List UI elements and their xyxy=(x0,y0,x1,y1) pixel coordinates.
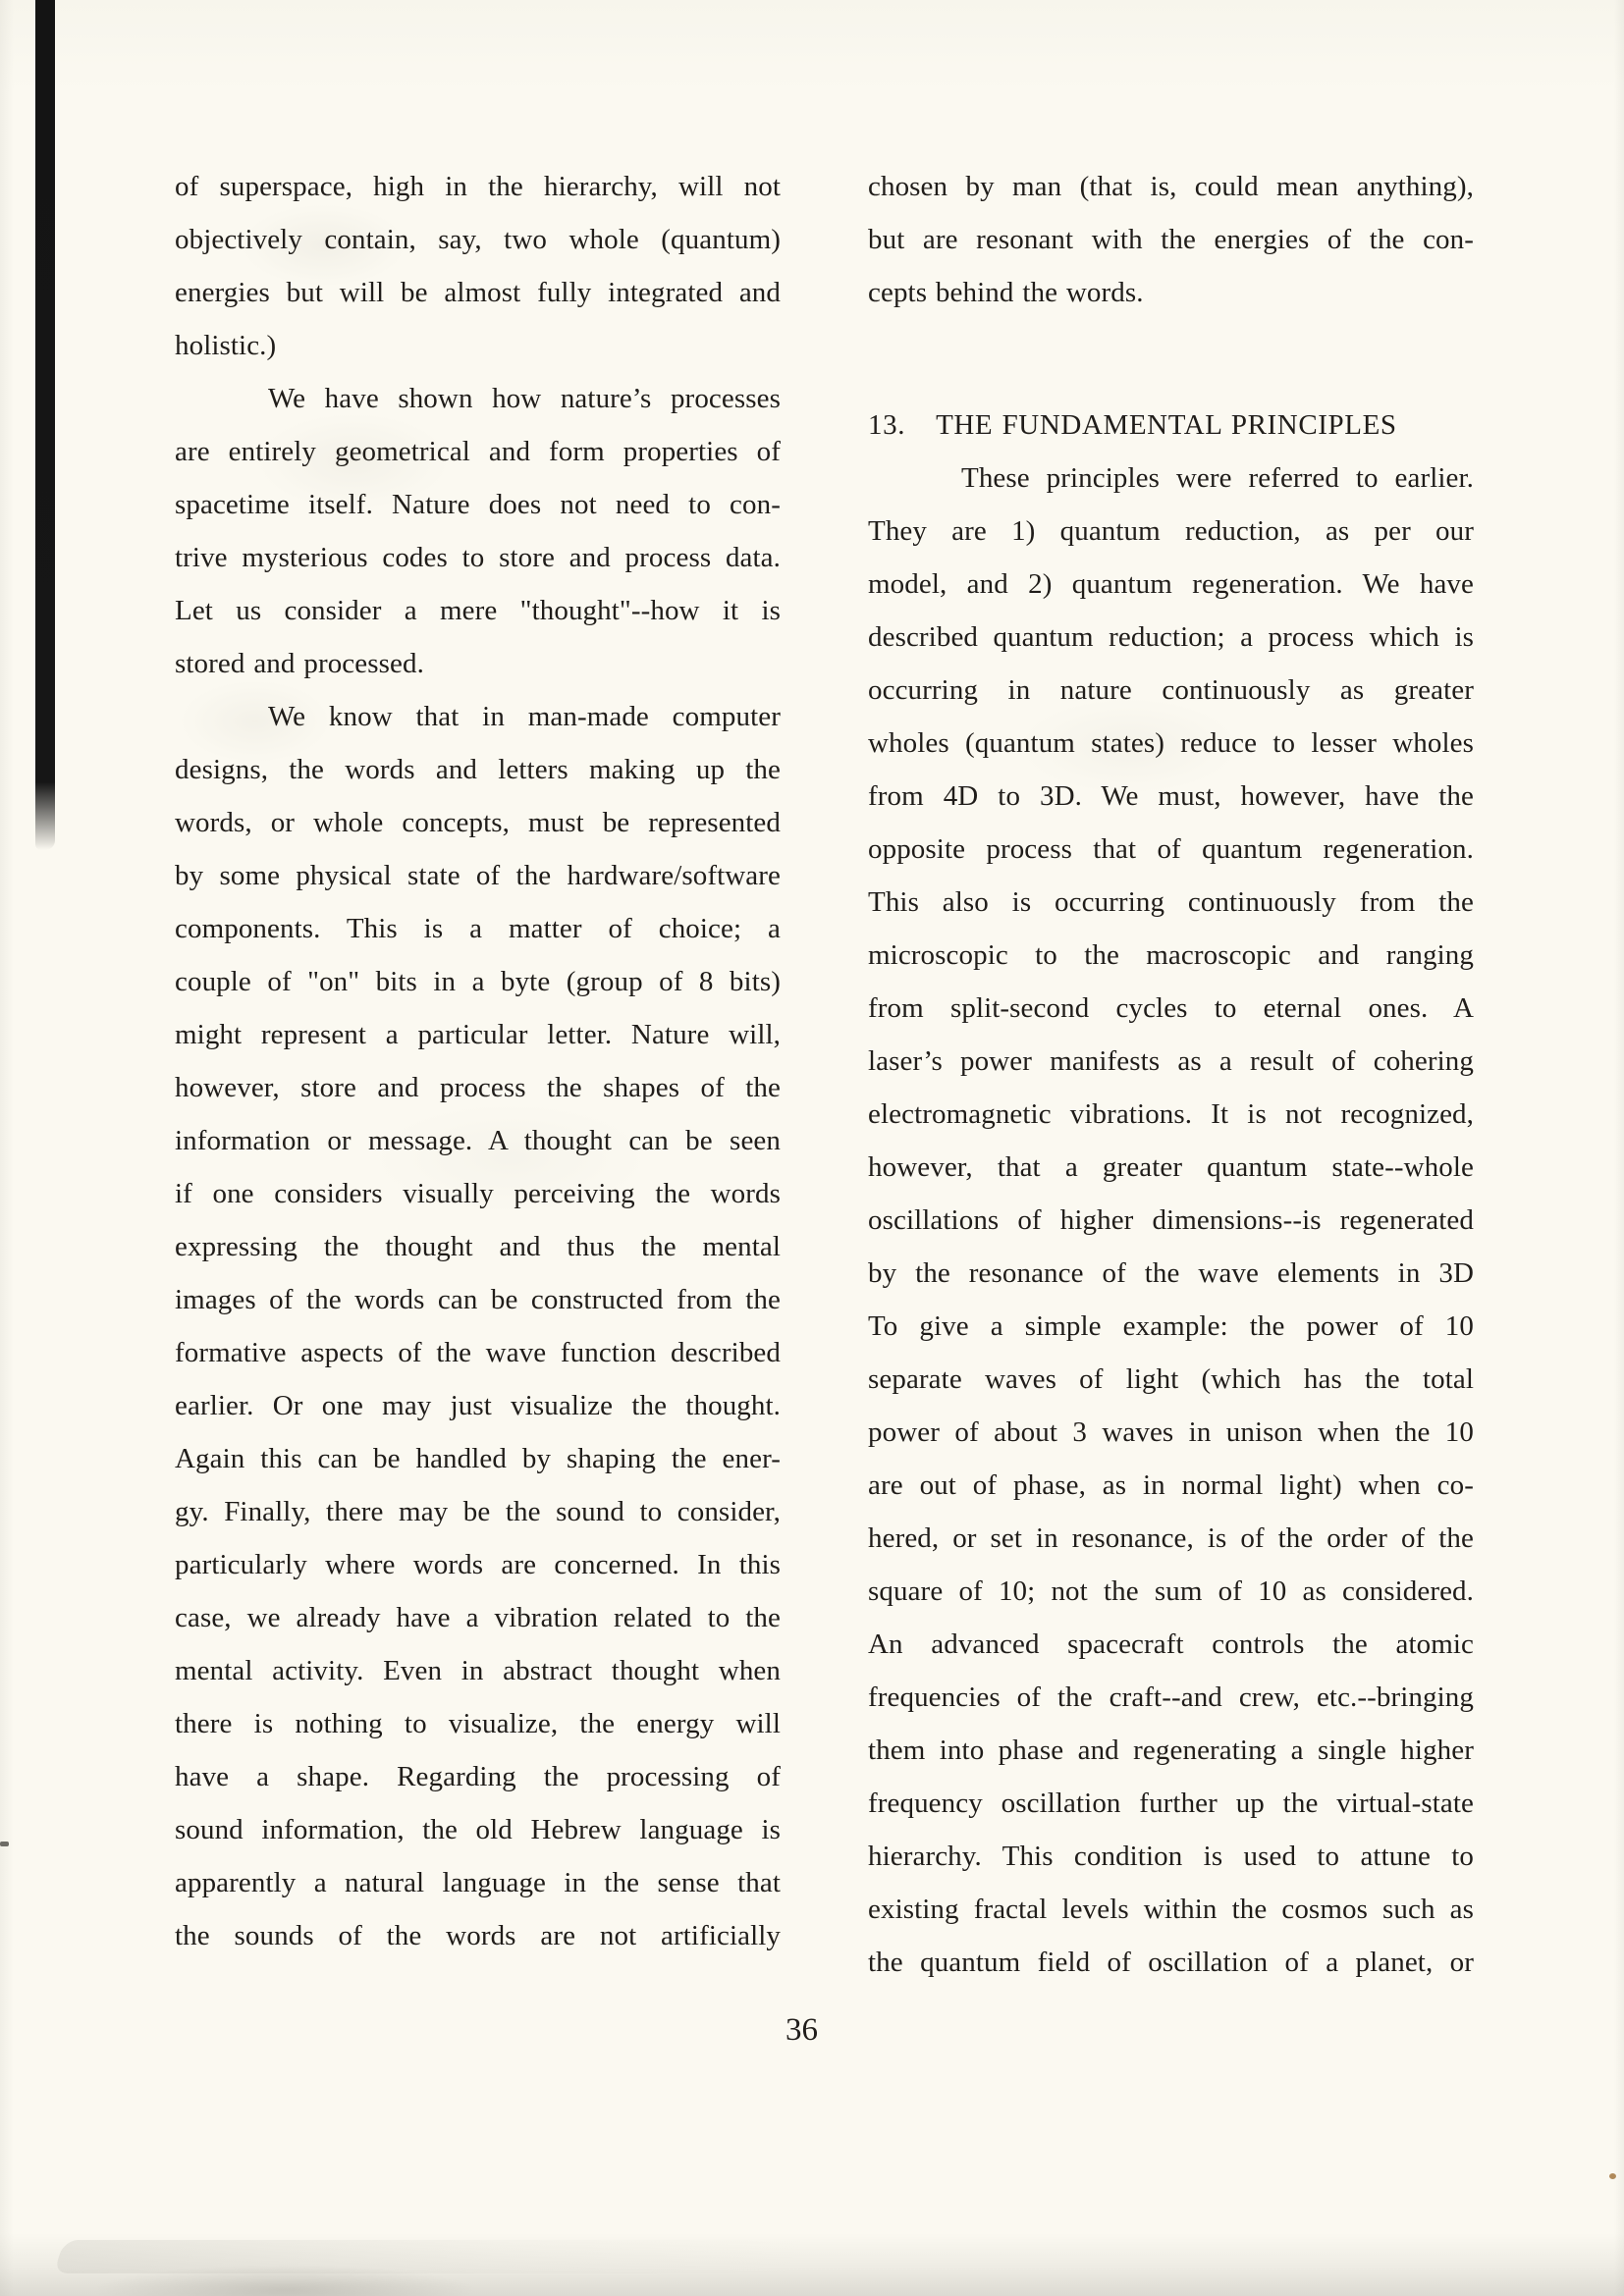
text-line: described quantum reduction; a process w… xyxy=(868,611,1474,664)
text-line: model, and 2) quantum regeneration. We h… xyxy=(868,558,1474,611)
text-line: mental activity. Even in abstract though… xyxy=(175,1644,781,1697)
text-line: chosen by man (that is, could mean anyth… xyxy=(868,160,1474,213)
text-line: Let us consider a mere "thought"--how it… xyxy=(175,584,781,637)
text-line: words, or whole concepts, must be repres… xyxy=(175,796,781,849)
text-line: from 4D to 3D. We must, however, have th… xyxy=(868,770,1474,823)
text-line: however, store and process the shapes of… xyxy=(175,1061,781,1114)
text-line: We know that in man-made computer xyxy=(175,690,781,743)
text-line: An advanced spacecraft controls the atom… xyxy=(868,1618,1474,1671)
text-line: from split-second cycles to eternal ones… xyxy=(868,982,1474,1035)
text-line: there is nothing to visualize, the energ… xyxy=(175,1697,781,1750)
text-line: These principles were referred to earlie… xyxy=(868,452,1474,505)
text-line: them into phase and regenerating a singl… xyxy=(868,1724,1474,1777)
text-line: oscillations of higher dimensions--is re… xyxy=(868,1194,1474,1247)
text-line: opposite process that of quantum regener… xyxy=(868,823,1474,876)
page-number: 36 xyxy=(785,2008,818,2052)
right-text-column: chosen by man (that is, could mean anyth… xyxy=(868,160,1474,1989)
text-line: objectively contain, say, two whole (qua… xyxy=(175,213,781,266)
scan-gutter-edge-artifact xyxy=(35,0,55,850)
text-line: couple of "on" bits in a byte (group of … xyxy=(175,955,781,1008)
text-line: designs, the words and letters making up… xyxy=(175,743,781,796)
section-number: 13. xyxy=(868,399,905,452)
text-line: They are 1) quantum reduction, as per ou… xyxy=(868,505,1474,558)
text-line: the sounds of the words are not artifici… xyxy=(175,1909,781,1962)
text-line: if one considers visually perceiving the… xyxy=(175,1167,781,1220)
text-line: sound information, the old Hebrew langua… xyxy=(175,1803,781,1856)
text-line: frequency oscillation further up the vir… xyxy=(868,1777,1474,1830)
text-line: wholes (quantum states) reduce to lesser… xyxy=(868,717,1474,770)
text-line: holistic.) xyxy=(175,319,781,372)
text-line: expressing the thought and thus the ment… xyxy=(175,1220,781,1273)
text-line: components. This is a matter of choice; … xyxy=(175,902,781,955)
text-line: energies but will be almost fully integr… xyxy=(175,266,781,319)
text-line: but are resonant with the energies of th… xyxy=(868,213,1474,266)
text-line: are entirely geometrical and form proper… xyxy=(175,425,781,478)
left-text-column: of superspace, high in the hierarchy, wi… xyxy=(175,160,781,1962)
text-line: case, we already have a vibration relate… xyxy=(175,1591,781,1644)
text-line: might represent a particular letter. Nat… xyxy=(175,1008,781,1061)
text-line: separate waves of light (which has the t… xyxy=(868,1353,1474,1406)
text-line: frequencies of the craft--and crew, etc.… xyxy=(868,1671,1474,1724)
scanned-document-page: of superspace, high in the hierarchy, wi… xyxy=(0,0,1624,2296)
text-line: by the resonance of the wave elements in… xyxy=(868,1247,1474,1300)
text-line: particularly where words are concerned. … xyxy=(175,1538,781,1591)
text-line: earlier. Or one may just visualize the t… xyxy=(175,1379,781,1432)
text-line: This also is occurring continuously from… xyxy=(868,876,1474,929)
text-line: power of about 3 waves in unison when th… xyxy=(868,1406,1474,1459)
text-line: information or message. A thought can be… xyxy=(175,1114,781,1167)
scan-edge-tick-artifact xyxy=(0,1842,9,1846)
text-line: the quantum field of oscillation of a pl… xyxy=(868,1936,1474,1989)
text-line: trive mysterious codes to store and proc… xyxy=(175,531,781,584)
text-line: of superspace, high in the hierarchy, wi… xyxy=(175,160,781,213)
text-line: microscopic to the macroscopic and rangi… xyxy=(868,929,1474,982)
scan-speck-artifact xyxy=(1609,2173,1616,2179)
section-title: THE FUNDAMENTAL PRINCIPLES xyxy=(936,399,1397,452)
text-line: laser’s power manifests as a result of c… xyxy=(868,1035,1474,1088)
text-line: spacetime itself. Nature does not need t… xyxy=(175,478,781,531)
text-line: by some physical state of the hardware/s… xyxy=(175,849,781,902)
scan-bottom-shadow xyxy=(0,2233,1624,2296)
text-line: occurring in nature continuously as grea… xyxy=(868,664,1474,717)
text-line: hierarchy. This condition is used to att… xyxy=(868,1830,1474,1883)
text-line: existing fractal levels within the cosmo… xyxy=(868,1883,1474,1936)
text-line: We have shown how nature’s processes xyxy=(175,372,781,425)
text-line: apparently a natural language in the sen… xyxy=(175,1856,781,1909)
text-line: square of 10; not the sum of 10 as consi… xyxy=(868,1565,1474,1618)
text-line: hered, or set in resonance, is of the or… xyxy=(868,1512,1474,1565)
text-line: electromagnetic vibrations. It is not re… xyxy=(868,1088,1474,1141)
text-line: images of the words can be constructed f… xyxy=(175,1273,781,1326)
text-line: Again this can be handled by shaping the… xyxy=(175,1432,781,1485)
text-line: stored and processed. xyxy=(175,637,781,690)
text-line: however, that a greater quantum state--w… xyxy=(868,1141,1474,1194)
paragraph-spacer xyxy=(868,319,1474,399)
text-line: are out of phase, as in normal light) wh… xyxy=(868,1459,1474,1512)
text-line: formative aspects of the wave function d… xyxy=(175,1326,781,1379)
section-heading: 13.THE FUNDAMENTAL PRINCIPLES xyxy=(868,399,1474,452)
text-line: gy. Finally, there may be the sound to c… xyxy=(175,1485,781,1538)
text-line: cepts behind the words. xyxy=(868,266,1474,319)
text-line: have a shape. Regarding the processing o… xyxy=(175,1750,781,1803)
text-line: To give a simple example: the power of 1… xyxy=(868,1300,1474,1353)
